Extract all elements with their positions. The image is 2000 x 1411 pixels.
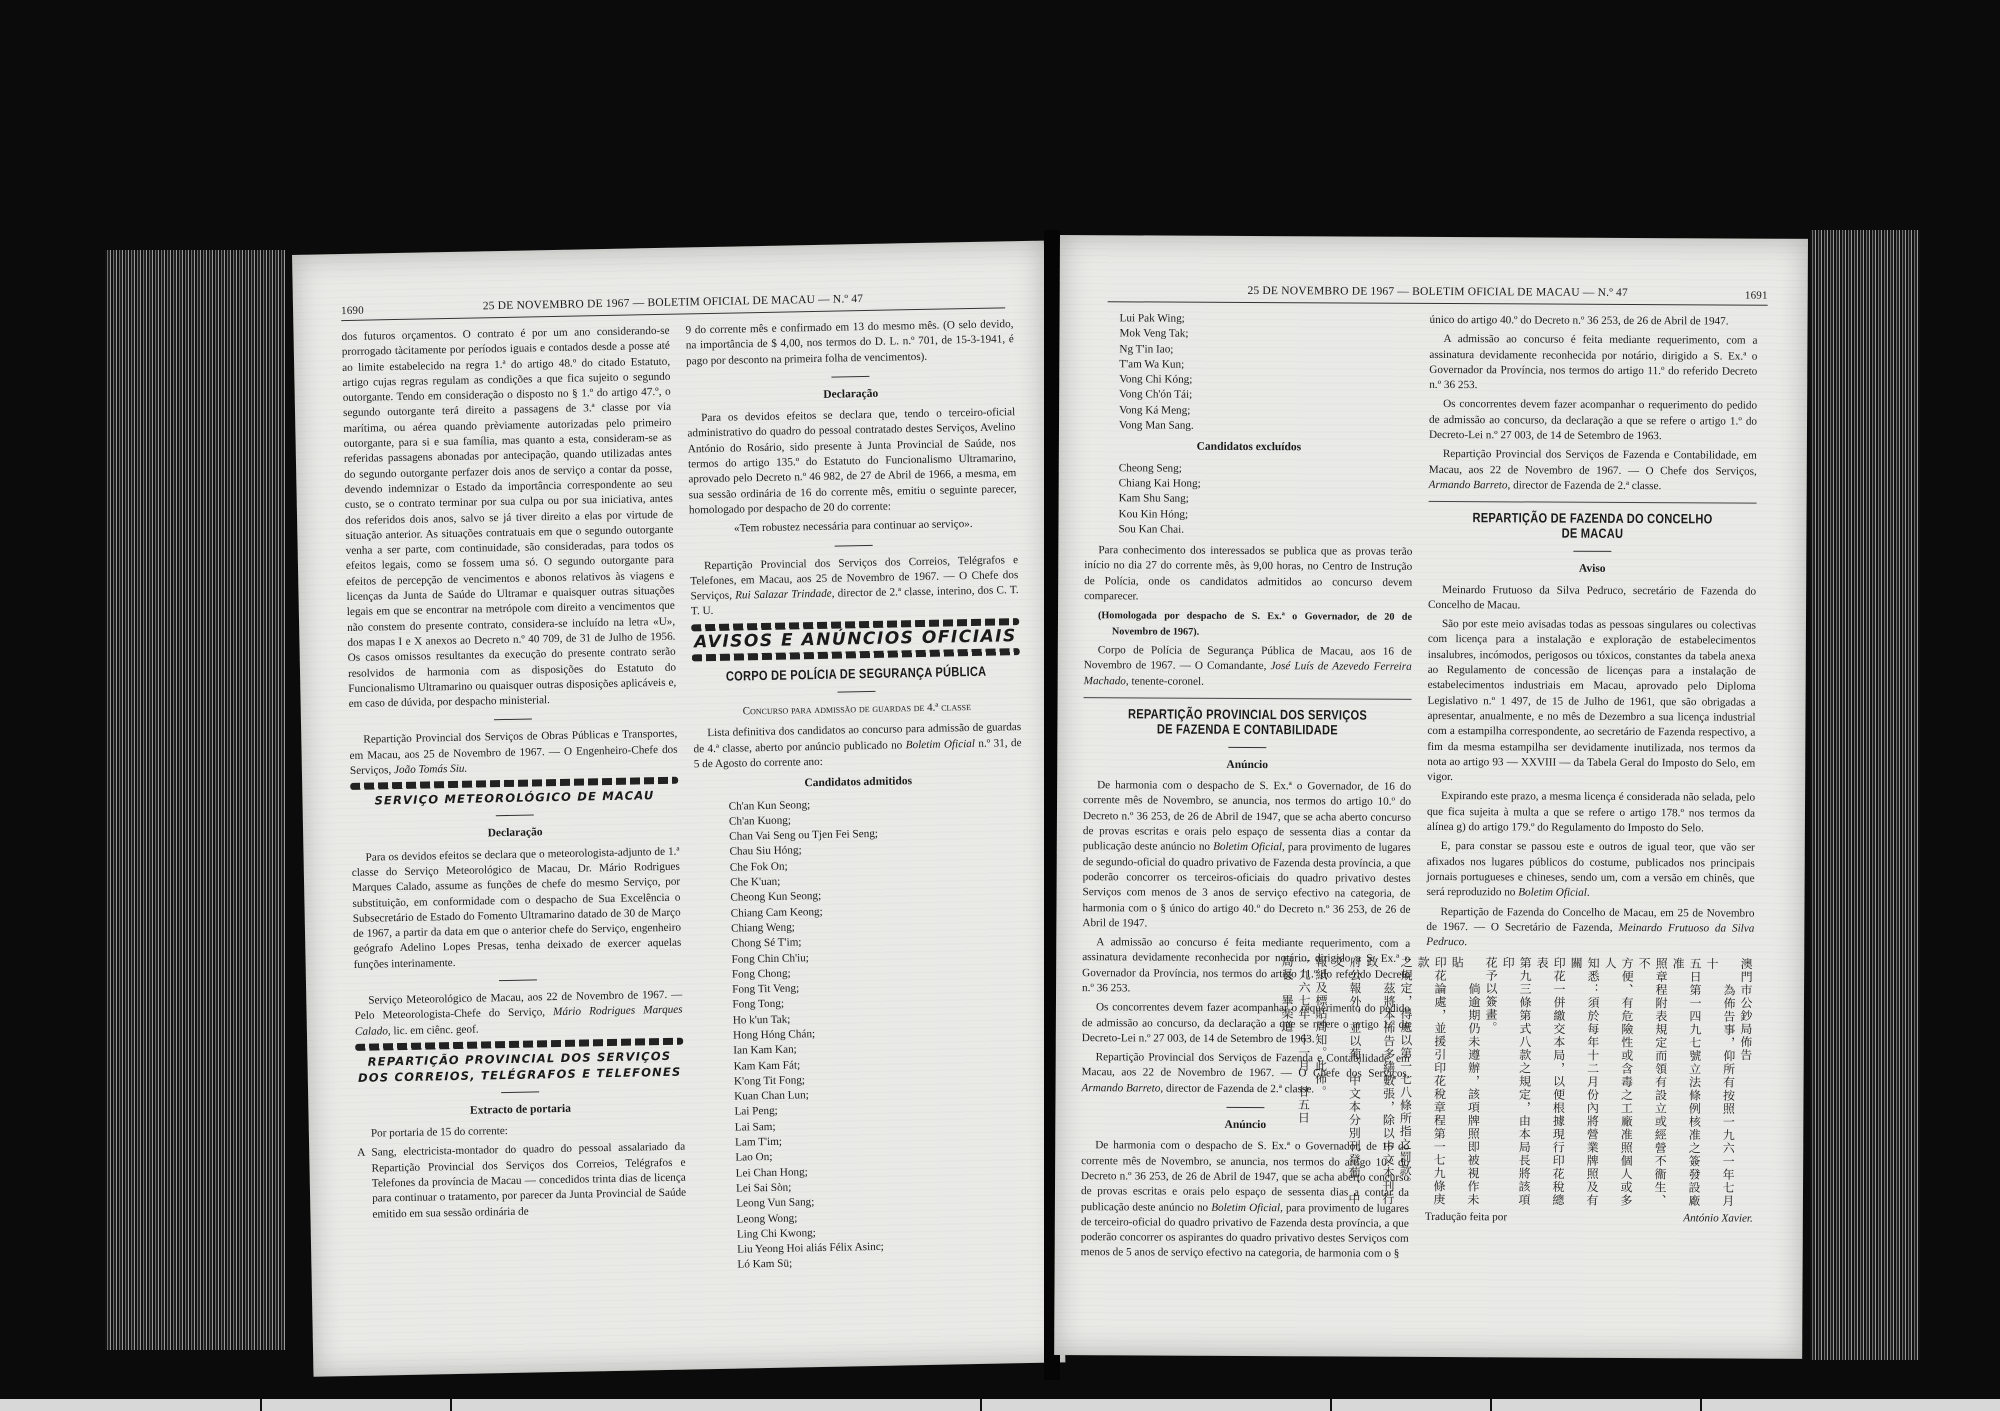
chinese-text-column: 倘逾期仍未遵辦，該項牌照即被視作未貼 bbox=[1447, 956, 1482, 1206]
chinese-text-column: 報紙及標貼周知。此佈。 bbox=[1311, 956, 1329, 1206]
candidate-name: Kam Shu Sang; bbox=[1119, 492, 1413, 509]
column-2: 9 do corrente mês e confirmado em 13 do … bbox=[685, 317, 1031, 1280]
selo-paragraph: 9 do corrente mês e confirmado em 13 do … bbox=[685, 317, 1014, 369]
candidate-name: Vong Man Sang. bbox=[1119, 418, 1413, 435]
candidate-name: Ng T'in Iao; bbox=[1119, 342, 1413, 359]
chinese-text-column: 澳門市公鈔局佈告 bbox=[1736, 958, 1754, 1208]
chinese-notice: 澳門市公鈔局佈告 為佈告事，仰所有按照一九六一年七月十五日第一四九七號立法條例核… bbox=[1425, 956, 1754, 1208]
candidate-name: Vong Chi Kóng; bbox=[1119, 372, 1413, 389]
excluidos-list: Cheong Seng;Chiang Kai Hong;Kam Shu Sang… bbox=[1118, 461, 1412, 539]
chinese-text-column: 花予以簽畫。 bbox=[1481, 957, 1499, 1207]
admissao-paragraph: A admissão ao concurso é feita mediante … bbox=[1429, 332, 1757, 395]
candidate-name: Vong Ká Meng; bbox=[1119, 403, 1413, 420]
chinese-text-column: 方便、有危險性或含毒之工廠准照個人或多人 bbox=[1600, 957, 1635, 1207]
fazenda-heading-line2: DE FAZENDA E CONTABILIDADE bbox=[1113, 721, 1382, 737]
aviso-paragraph: E, para constar se passou este e outros … bbox=[1427, 839, 1755, 902]
aviso-heading: Aviso bbox=[1428, 561, 1756, 578]
candidate-name: Sou Kan Chai. bbox=[1118, 522, 1412, 539]
right-page-edges bbox=[1810, 230, 1920, 1360]
meteo-heading: SERVIÇO METEOROLÓGICO DE MACAU bbox=[350, 788, 678, 808]
chinese-text-column: 為佈告事，仰所有按照一九六一年七月十 bbox=[1702, 958, 1737, 1208]
separator bbox=[1228, 747, 1266, 748]
aviso-paragraph: Expirando este prazo, a mesma licença é … bbox=[1427, 789, 1755, 837]
separator bbox=[501, 1091, 539, 1093]
separator bbox=[1226, 1107, 1264, 1108]
concorrentes-paragraph: Os concorrentes devem fazer acompanhar o… bbox=[1429, 397, 1757, 445]
candidate-name: Lui Pak Wing; bbox=[1120, 311, 1414, 328]
chinese-text-column: 知悉：須於每年十二月份內將營業牌照及有關 bbox=[1566, 957, 1601, 1207]
aviso-paragraph: São por este meio avisadas todas as pess… bbox=[1427, 617, 1756, 787]
candidate-name: Vong Ch'ón Tái; bbox=[1119, 388, 1413, 405]
running-head-title: 25 DE NOVEMBRO DE 1967 — BOLETIM OFICIAL… bbox=[1108, 284, 1768, 299]
fazenda-signature: Repartição Provincial dos Serviços de Fa… bbox=[1429, 447, 1757, 495]
left-page-edges bbox=[105, 250, 285, 1350]
separator bbox=[831, 376, 869, 378]
policia-signature: Corpo de Polícia de Segurança Pública de… bbox=[1084, 643, 1412, 691]
chinese-text-column: 五日第一四九七號立法條例核准之簽發設廠准 bbox=[1668, 958, 1703, 1208]
column-1: dos futuros orçamentos. O contrato é por… bbox=[341, 324, 686, 1227]
candidate-name: Mok Veng Tak; bbox=[1119, 327, 1413, 344]
fazenda-heading-line1: REPARTIÇÃO PROVINCIAL DOS SERVIÇOS bbox=[1113, 706, 1382, 722]
translation-line: Tradução feita por António Xavier. bbox=[1425, 1210, 1753, 1227]
declaracao-body: Para os devidos efeitos se declara que, … bbox=[687, 405, 1017, 518]
declaracao-quote: «Tem robustez necessária para continuar … bbox=[689, 516, 1017, 538]
chinese-text-column: 茲將本佈告多繕數張，除以中文本刊行政 bbox=[1362, 956, 1397, 1206]
right-page: 25 DE NOVEMBRO DE 1967 — BOLETIM OFICIAL… bbox=[1054, 235, 1808, 1359]
anuncio-body: De harmonia com o despacho de S. Ex.ª o … bbox=[1082, 778, 1411, 933]
admitidos-list: Ch'an Kun Seong;Ch'an Kuong;Chan Vai Sen… bbox=[729, 794, 1032, 1274]
candidate-name: Kou Kin Hóng; bbox=[1118, 507, 1412, 524]
chinese-text-column: 第九三條第式八款之規定，由本局長將該項印 bbox=[1498, 957, 1533, 1207]
separator bbox=[494, 719, 532, 721]
extracto-body: A Sang, electricista-montador do quadro … bbox=[357, 1140, 686, 1223]
chinese-text-column: 局長 畢楽道 bbox=[1277, 956, 1295, 1206]
column-4: único do artigo 40.º do Decreto n.º 36 2… bbox=[1425, 313, 1758, 1227]
separator bbox=[835, 544, 873, 546]
concelho-signature: Repartição de Fazenda do Concelho de Mac… bbox=[1426, 904, 1754, 952]
running-head-right: 25 DE NOVEMBRO DE 1967 — BOLETIM OFICIAL… bbox=[1108, 277, 1768, 305]
homologada-note: (Homologada por despacho de S. Ex.ª o Go… bbox=[1084, 608, 1412, 640]
concelho-heading-line1: REPARTIÇÃO DE FAZENDA DO CONCELHO bbox=[1458, 510, 1727, 526]
continued-paragraph: único do artigo 40.º do Decreto n.º 36 2… bbox=[1430, 313, 1758, 330]
candidate-name: T'am Wa Kun; bbox=[1119, 357, 1413, 374]
admitidos-heading: Candidatos admitidos bbox=[694, 772, 1022, 794]
chinese-text-column: 之規定，得處以第一七八條所指之罰款。 bbox=[1396, 956, 1414, 1206]
policia-heading: CORPO DE POLÍCIA DE SEGURANÇA PÚBLICA bbox=[722, 664, 991, 684]
admitidos-continued-list: Lui Pak Wing;Mok Veng Tak;Ng T'in Iao;T'… bbox=[1119, 311, 1414, 435]
lista-paragraph: Lista definitiva dos candidatos ao concu… bbox=[693, 720, 1022, 772]
separator bbox=[496, 815, 534, 817]
translation-label: Tradução feita por bbox=[1425, 1210, 1507, 1226]
meteo-signature: Serviço Meteorológico de Macau, aos 22 d… bbox=[354, 988, 683, 1040]
candidate-name: Chiang Kai Hong; bbox=[1119, 476, 1413, 493]
chinese-text-column: 印花一併繳交本局，以便根據現行印花稅總表 bbox=[1532, 957, 1567, 1207]
chinese-text-column: 府公報外，並以葡、中文本分別刊登葡、中文 bbox=[1328, 956, 1363, 1206]
contract-paragraph: dos futuros orçamentos. O contrato é por… bbox=[341, 324, 676, 713]
chinese-text-column: 一九六七年 十一月 廿五日 bbox=[1294, 956, 1312, 1206]
scanner-strip bbox=[0, 1399, 2000, 1411]
extracto-heading: Extracto de portaria bbox=[356, 1099, 684, 1121]
provas-paragraph: Para conhecimento dos interessados se pu… bbox=[1084, 543, 1412, 606]
meteo-subheading: Declaração bbox=[351, 823, 679, 845]
translator-name: António Xavier. bbox=[1683, 1212, 1753, 1228]
separator bbox=[1573, 551, 1611, 552]
section-rule bbox=[1084, 697, 1412, 700]
avisos-banner: AVISOS E ANÚNCIOS OFICIAIS bbox=[691, 629, 1019, 651]
chinese-text-column: 照章程附表規定而領有設立或經營不衞生、不 bbox=[1634, 957, 1669, 1207]
concurso-title: Concurso para admissão de guardas de 4.ª… bbox=[693, 699, 1021, 721]
anuncio-heading: Anúncio bbox=[1083, 757, 1411, 774]
extracto-intro: Por portaria de 15 do corrente: bbox=[357, 1121, 685, 1143]
ctt-signature: Repartição Provincial dos Serviços dos C… bbox=[690, 553, 1019, 620]
running-head-left: 1690 25 DE NOVEMBRO DE 1967 — BOLETIM OF… bbox=[341, 283, 1005, 321]
candidate-name: Cheong Seng; bbox=[1119, 461, 1413, 478]
left-page: 1690 25 DE NOVEMBRO DE 1967 — BOLETIM OF… bbox=[292, 241, 1065, 1377]
section-rule bbox=[1429, 501, 1757, 504]
page-number: 1691 bbox=[1745, 290, 1768, 302]
declaracao-heading: Declaração bbox=[687, 384, 1015, 406]
concelho-heading-line2: DE MACAU bbox=[1458, 525, 1727, 541]
aviso-intro: Meinardo Frutuoso da Silva Pedruco, secr… bbox=[1428, 582, 1756, 614]
meteo-body: Para os devidos efeitos se declara que o… bbox=[351, 844, 681, 973]
separator bbox=[837, 691, 875, 693]
obras-signature: Repartição Provincial dos Serviços de Ob… bbox=[349, 727, 678, 779]
excluidos-heading: Candidatos excluídos bbox=[1085, 440, 1413, 457]
chinese-text-column: 印花論處，並援引印花稅章程第一七九條庚款 bbox=[1413, 956, 1448, 1206]
running-head-title: 25 DE NOVEMBRO DE 1967 — BOLETIM OFICIAL… bbox=[341, 290, 1005, 315]
separator bbox=[499, 979, 537, 981]
